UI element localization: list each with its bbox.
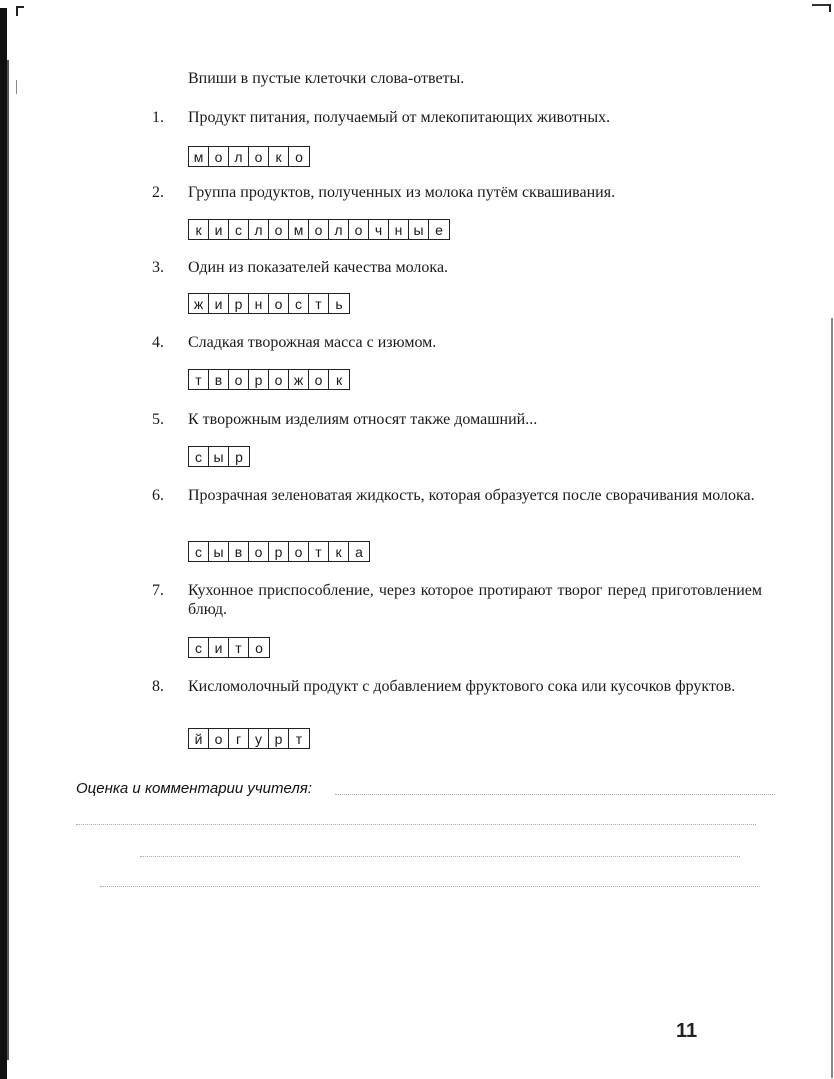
question-text: Группа продуктов, полученных из молока п… [188, 183, 762, 202]
answer-grid: сито [188, 637, 270, 658]
page-number: 11 [676, 1020, 697, 1043]
question-text: Один из показателей качества молока. [188, 258, 762, 277]
answer-cell[interactable]: е [429, 220, 449, 239]
answer-cell[interactable]: ч [369, 220, 389, 239]
crop-mark-top-left-vertical [16, 6, 18, 16]
answer-cell[interactable]: о [209, 147, 229, 166]
answer-cell[interactable]: и [209, 294, 229, 313]
answer-cell[interactable]: с [189, 638, 209, 657]
answer-cell[interactable]: о [289, 147, 309, 166]
answer-cell[interactable]: к [189, 220, 209, 239]
question-text: Кисломолочный продукт с добавлением фрук… [188, 677, 762, 696]
answer-cell[interactable]: н [389, 220, 409, 239]
question-item: 4.Сладкая творожная масса с изюмом. [152, 333, 762, 352]
answer-cell[interactable]: т [189, 370, 209, 389]
question-text: Продукт питания, получаемый от млекопита… [188, 108, 762, 127]
question-item: 6.Прозрачная зеленоватая жидкость, котор… [152, 486, 762, 505]
answer-cell[interactable]: т [229, 638, 249, 657]
question-number: 4. [152, 333, 164, 352]
answer-cell[interactable]: о [309, 370, 329, 389]
question-text: Сладкая творожная масса с изюмом. [188, 333, 762, 352]
answer-grid: кисломолочные [188, 219, 450, 240]
question-text: К творожным изделиям относят также домаш… [188, 410, 762, 429]
answer-cell[interactable]: р [229, 447, 249, 466]
answer-cell[interactable]: о [289, 542, 309, 561]
question-number: 6. [152, 486, 164, 505]
teacher-comment-label: Оценка и комментарии учителя: [76, 780, 312, 797]
answer-cell[interactable]: о [209, 729, 229, 748]
answer-cell[interactable]: ж [189, 294, 209, 313]
answer-cell[interactable]: т [309, 542, 329, 561]
answer-cell[interactable]: ы [409, 220, 429, 239]
answer-cell[interactable]: й [189, 729, 209, 748]
answer-cell[interactable]: к [269, 147, 289, 166]
answer-cell[interactable]: о [269, 370, 289, 389]
question-item: 8.Кисломолочный продукт с добавлением фр… [152, 677, 762, 696]
answer-cell[interactable]: о [349, 220, 369, 239]
answer-cell[interactable]: л [229, 147, 249, 166]
scan-binding-shadow [7, 60, 9, 1060]
answer-cell[interactable]: р [269, 542, 289, 561]
answer-cell[interactable]: р [269, 729, 289, 748]
answer-grid: сыворотка [188, 541, 370, 562]
question-number: 2. [152, 183, 164, 202]
answer-grid: жирность [188, 293, 350, 314]
answer-cell[interactable]: о [229, 370, 249, 389]
answer-cell[interactable]: ы [209, 447, 229, 466]
answer-cell[interactable]: м [189, 147, 209, 166]
question-number: 7. [152, 581, 164, 600]
answer-cell[interactable]: т [289, 729, 309, 748]
question-number: 1. [152, 108, 164, 127]
answer-cell[interactable]: а [349, 542, 369, 561]
question-number: 3. [152, 258, 164, 277]
answer-cell[interactable]: о [269, 294, 289, 313]
margin-mark [16, 80, 17, 94]
question-item: 1.Продукт питания, получаемый от млекопи… [152, 108, 762, 127]
comment-line-4 [100, 886, 760, 888]
answer-cell[interactable]: с [189, 542, 209, 561]
answer-cell[interactable]: н [249, 294, 269, 313]
answer-cell[interactable]: о [249, 147, 269, 166]
scan-right-edge [831, 318, 833, 1078]
answer-cell[interactable]: и [209, 638, 229, 657]
answer-cell[interactable]: о [249, 638, 269, 657]
question-number: 8. [152, 677, 164, 696]
answer-cell[interactable]: л [249, 220, 269, 239]
answer-cell[interactable]: в [229, 542, 249, 561]
answer-grid: молоко [188, 146, 310, 167]
answer-cell[interactable]: т [309, 294, 329, 313]
answer-cell[interactable]: р [229, 294, 249, 313]
answer-cell[interactable]: о [269, 220, 289, 239]
comment-line-1 [335, 794, 775, 796]
answer-cell[interactable]: с [189, 447, 209, 466]
answer-cell[interactable]: ь [329, 294, 349, 313]
answer-cell[interactable]: л [329, 220, 349, 239]
question-item: 7.Кухонное приспособление, через которое… [152, 581, 762, 619]
scan-binding-edge [0, 8, 7, 1079]
crop-mark-top-right [812, 4, 830, 6]
answer-cell[interactable]: ы [209, 542, 229, 561]
question-item: 5.К творожным изделиям относят также дом… [152, 410, 762, 429]
answer-cell[interactable]: ж [289, 370, 309, 389]
answer-grid: сыр [188, 446, 250, 467]
answer-grid: творожок [188, 369, 350, 390]
comment-line-2 [76, 824, 756, 826]
question-item: 2.Группа продуктов, полученных из молока… [152, 183, 762, 202]
answer-cell[interactable]: к [329, 370, 349, 389]
question-text: Кухонное приспособление, через которое п… [188, 581, 762, 619]
answer-cell[interactable]: м [289, 220, 309, 239]
question-text: Прозрачная зеленоватая жидкость, которая… [188, 486, 762, 505]
answer-cell[interactable]: и [209, 220, 229, 239]
question-number: 5. [152, 410, 164, 429]
answer-cell[interactable]: у [249, 729, 269, 748]
answer-cell[interactable]: о [249, 542, 269, 561]
crop-mark-top-right-vertical [829, 4, 831, 12]
answer-grid: йогурт [188, 728, 310, 749]
instruction-text: Впиши в пустые клеточки слова-ответы. [188, 70, 464, 88]
answer-cell[interactable]: г [229, 729, 249, 748]
answer-cell[interactable]: с [229, 220, 249, 239]
comment-line-3 [140, 856, 740, 858]
answer-cell[interactable]: с [289, 294, 309, 313]
answer-cell[interactable]: к [329, 542, 349, 561]
answer-cell[interactable]: в [209, 370, 229, 389]
answer-cell[interactable]: р [249, 370, 269, 389]
answer-cell[interactable]: о [309, 220, 329, 239]
question-item: 3.Один из показателей качества молока. [152, 258, 762, 277]
